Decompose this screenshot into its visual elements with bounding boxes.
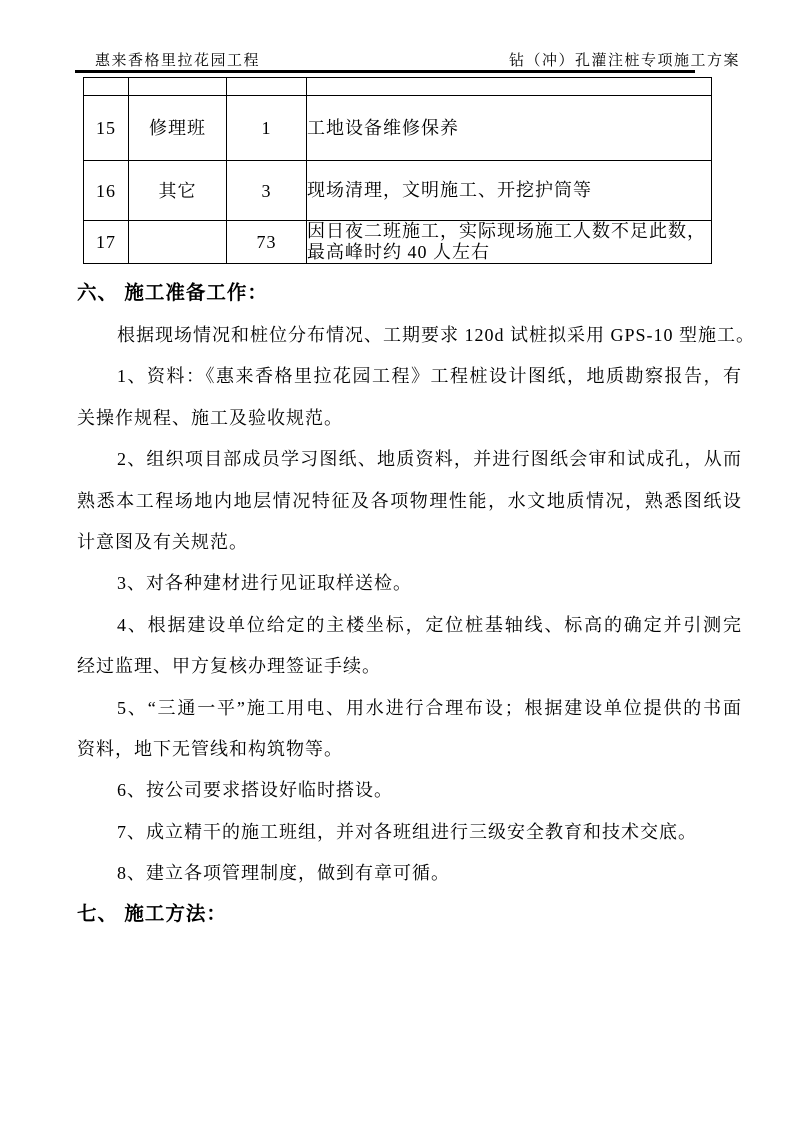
paragraph-line: 8、建立各项管理制度，做到有章可循。 xyxy=(77,853,742,894)
section-heading-6: 六、 施工准备工作： xyxy=(77,281,742,305)
personnel-table-body: 15修理班1工地设备维修保养16其它3现场清理，文明施工、开挖护筒等1773因日… xyxy=(84,78,712,264)
table-cell: 73 xyxy=(227,221,307,264)
table-cell: 16 xyxy=(84,161,129,221)
header-project-title: 惠来香格里拉花园工程 xyxy=(95,52,260,70)
paragraph-line: 经过监理、甲方复核办理签证手续。 xyxy=(77,646,742,687)
table-cell: 3 xyxy=(227,161,307,221)
table-cell: 现场清理，文明施工、开挖护筒等 xyxy=(307,161,712,221)
table-cell xyxy=(129,78,227,96)
paragraph-line: 5、“三通一平”施工用电、用水进行合理布设；根据建设单位提供的书面 xyxy=(77,688,742,729)
header-rule xyxy=(75,70,695,73)
table-cell xyxy=(84,78,129,96)
document-body: 六、 施工准备工作： 根据现场情况和桩位分布情况、工期要求 120d 试桩拟采用… xyxy=(77,281,742,926)
paragraph-line: 6、按公司要求搭设好临时搭设。 xyxy=(77,770,742,811)
paragraph-line: 熟悉本工程场地内地层情况特征及各项物理性能，水文地质情况，熟悉图纸设 xyxy=(77,481,742,522)
table-cell: 修理班 xyxy=(129,96,227,161)
table-cell: 15 xyxy=(84,96,129,161)
table-row xyxy=(84,78,712,96)
table-row: 16其它3现场清理，文明施工、开挖护筒等 xyxy=(84,161,712,221)
table-cell xyxy=(129,221,227,264)
paragraph-line: 3、对各种建材进行见证取样送检。 xyxy=(77,563,742,604)
table-cell: 因日夜二班施工，实际现场施工人数不足此数，最高峰时约 40 人左右 xyxy=(307,221,712,264)
paragraph-line: 计意图及有关规范。 xyxy=(77,522,742,563)
page-header: 惠来香格里拉花园工程 钻（冲）孔灌注桩专项施工方案 xyxy=(75,52,740,70)
header-doc-title: 钻（冲）孔灌注桩专项施工方案 xyxy=(509,52,740,70)
personnel-table: 15修理班1工地设备维修保养16其它3现场清理，文明施工、开挖护筒等1773因日… xyxy=(83,77,712,264)
section-heading-7: 七、 施工方法： xyxy=(77,902,742,926)
document-page: 惠来香格里拉花园工程 钻（冲）孔灌注桩专项施工方案 15修理班1工地设备维修保养… xyxy=(0,0,793,1122)
paragraph-line: 4、根据建设单位给定的主楼坐标，定位桩基轴线、标高的确定并引测完毕， xyxy=(77,605,742,646)
paragraph-line: 关操作规程、施工及验收规范。 xyxy=(77,398,742,439)
paragraph-line: 2、组织项目部成员学习图纸、地质资料，并进行图纸会审和试成孔，从而 xyxy=(77,439,742,480)
table-cell: 其它 xyxy=(129,161,227,221)
paragraph-line: 资料，地下无管线和构筑物等。 xyxy=(77,729,742,770)
paragraph-line: 1、资料：《惠来香格里拉花园工程》工程桩设计图纸，地质勘察报告，有 xyxy=(77,356,742,397)
table-row: 1773因日夜二班施工，实际现场施工人数不足此数，最高峰时约 40 人左右 xyxy=(84,221,712,264)
table-cell xyxy=(227,78,307,96)
paragraph-line: 根据现场情况和桩位分布情况、工期要求 120d 试桩拟采用 GPS-10 型施工… xyxy=(77,315,742,356)
table-cell: 17 xyxy=(84,221,129,264)
table-cell xyxy=(307,78,712,96)
table-cell: 1 xyxy=(227,96,307,161)
table-row: 15修理班1工地设备维修保养 xyxy=(84,96,712,161)
table-cell: 工地设备维修保养 xyxy=(307,96,712,161)
section-6-paragraphs: 根据现场情况和桩位分布情况、工期要求 120d 试桩拟采用 GPS-10 型施工… xyxy=(77,315,742,894)
paragraph-line: 7、成立精干的施工班组，并对各班组进行三级安全教育和技术交底。 xyxy=(77,812,742,853)
